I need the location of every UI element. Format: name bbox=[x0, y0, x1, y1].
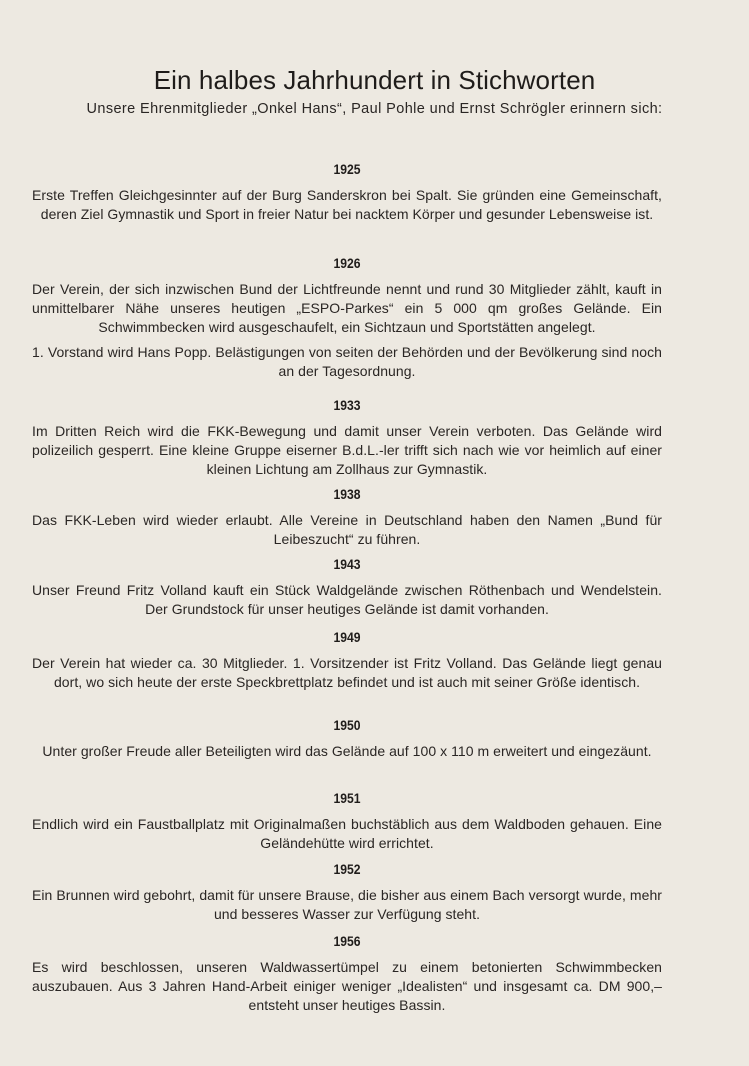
entry-year: 1933 bbox=[64, 398, 631, 414]
entry-paragraph: Unter großer Freude aller Beteiligten wi… bbox=[32, 742, 662, 761]
entry-paragraph: Im Dritten Reich wird die FKK-Bewegung u… bbox=[32, 422, 662, 479]
entry-paragraph: Es wird beschlossen, unseren Waldwassert… bbox=[32, 958, 662, 1015]
entry-year: 1943 bbox=[64, 557, 631, 573]
entry-year: 1956 bbox=[64, 934, 631, 950]
intro-text: Unsere Ehrenmitglieder „Onkel Hans“, Pau… bbox=[0, 101, 749, 117]
entry-paragraph: Unser Freund Fritz Volland kauft ein Stü… bbox=[32, 581, 662, 619]
entry-paragraph: Der Verein, der sich inzwischen Bund der… bbox=[32, 280, 662, 337]
timeline-entry: 1943Unser Freund Fritz Volland kauft ein… bbox=[32, 557, 662, 619]
timeline-entry: 1952Ein Brunnen wird gebohrt, damit für … bbox=[32, 862, 662, 924]
entry-year: 1926 bbox=[64, 256, 631, 272]
timeline-entry: 1938Das FKK-Leben wird wieder erlaubt. A… bbox=[32, 487, 662, 549]
timeline-entry: 1956Es wird beschlossen, unseren Waldwas… bbox=[32, 934, 662, 1015]
entry-year: 1952 bbox=[64, 862, 631, 878]
entry-paragraph: Endlich wird ein Faustballplatz mit Orig… bbox=[32, 815, 662, 853]
timeline-entry: 1951Endlich wird ein Faustballplatz mit … bbox=[32, 791, 662, 853]
entry-paragraph: Das FKK-Leben wird wieder erlaubt. Alle … bbox=[32, 511, 662, 549]
entry-year: 1949 bbox=[64, 630, 631, 646]
entry-year: 1938 bbox=[64, 487, 631, 503]
page-title: Ein halbes Jahrhundert in Stichworten bbox=[0, 65, 749, 96]
entry-year: 1951 bbox=[64, 791, 631, 807]
entry-paragraph: Ein Brunnen wird gebohrt, damit für unse… bbox=[32, 886, 662, 924]
timeline-entry: 1933Im Dritten Reich wird die FKK-Bewegu… bbox=[32, 398, 662, 479]
entry-year: 1950 bbox=[64, 718, 631, 734]
timeline-entry: 1926Der Verein, der sich inzwischen Bund… bbox=[32, 256, 662, 381]
entry-year: 1925 bbox=[64, 162, 631, 178]
timeline-entry: 1925Erste Treffen Gleichgesinnter auf de… bbox=[32, 162, 662, 224]
timeline-entry: 1949Der Verein hat wieder ca. 30 Mitglie… bbox=[32, 630, 662, 692]
entry-paragraph: Der Verein hat wieder ca. 30 Mitglieder.… bbox=[32, 654, 662, 692]
entry-paragraph: 1. Vorstand wird Hans Popp. Belästigunge… bbox=[32, 343, 662, 381]
entry-paragraph: Erste Treffen Gleichgesinnter auf der Bu… bbox=[32, 186, 662, 224]
timeline-entry: 1950Unter großer Freude aller Beteiligte… bbox=[32, 718, 662, 761]
